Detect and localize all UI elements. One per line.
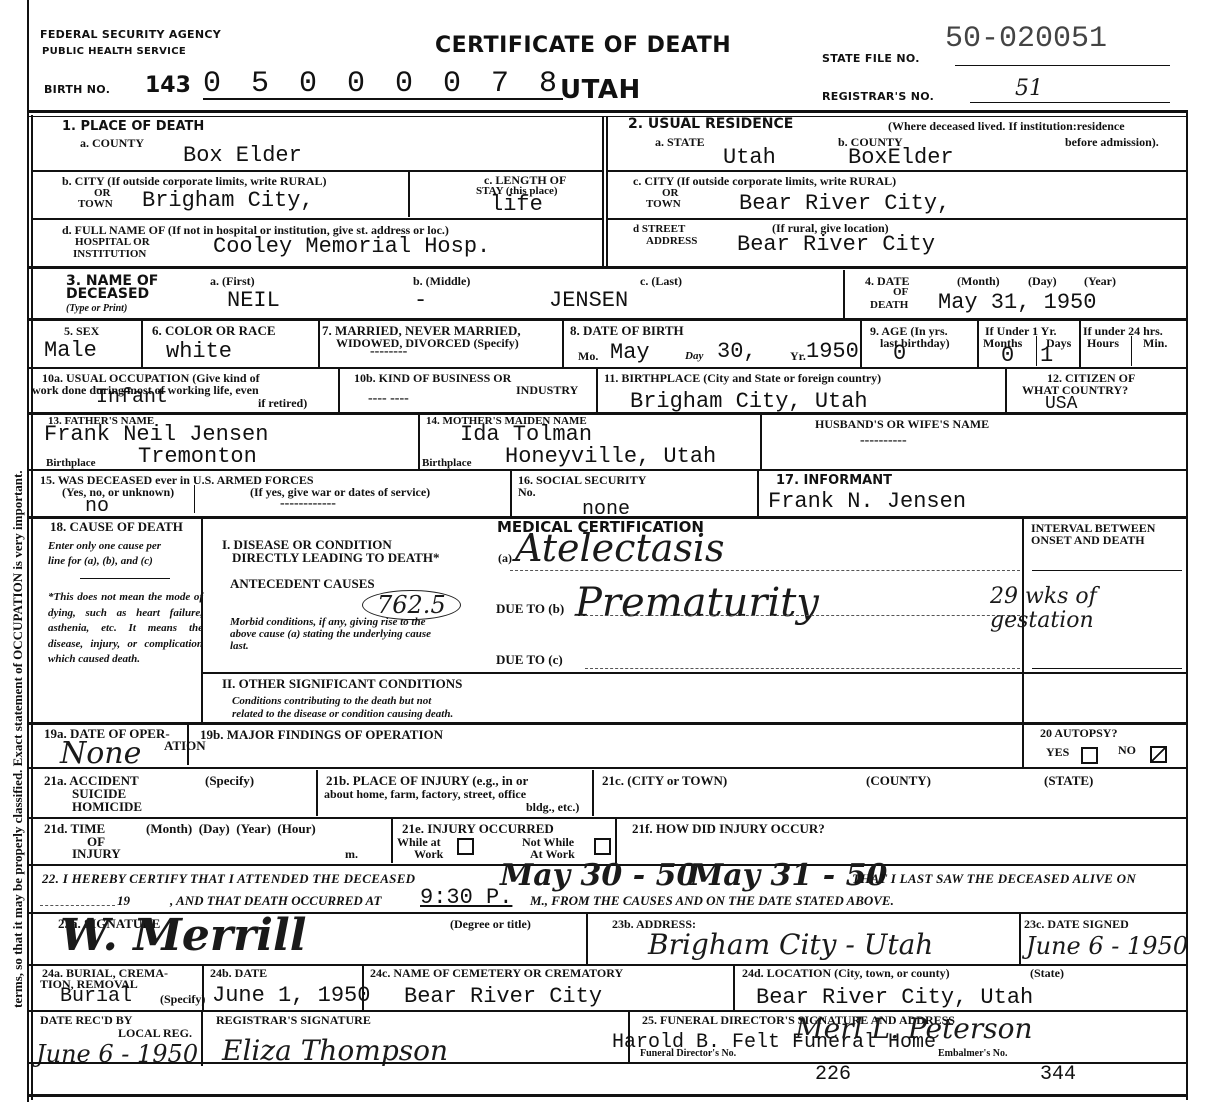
dob-day-label: Day	[685, 350, 703, 363]
divider	[316, 770, 318, 816]
not-at-work-checkbox[interactable]	[594, 838, 611, 855]
divider	[338, 368, 340, 412]
injury-city-label: 21c. (CITY or TOWN)	[602, 775, 727, 787]
state-file-underline	[955, 65, 1170, 66]
pod-county-label: a. COUNTY	[80, 137, 144, 149]
dod-day-label: (Day)	[1028, 275, 1057, 287]
residence-street-label-1: d STREET	[633, 224, 685, 235]
mother-birthplace-value: Honeyville, Utah	[505, 446, 716, 468]
due-to-c-label: DUE TO (c)	[496, 654, 563, 666]
divider	[1032, 570, 1182, 571]
interval-b-value: 29 wks of gestation	[990, 585, 1190, 633]
residence-city-label: c. CITY (If outside corporate limits, wr…	[633, 175, 896, 187]
cemetery-label: 24c. NAME OF CEMETERY OR CREMATORY	[370, 967, 623, 979]
line-a-rule	[510, 570, 1020, 571]
location-state-label: (State)	[1030, 967, 1064, 979]
left-border-inner	[31, 115, 33, 1100]
dob-year-value: 1950	[806, 341, 859, 363]
embalmer-no-label: Embalmer's No.	[938, 1048, 1007, 1060]
bottom-border	[28, 1094, 1188, 1097]
pod-city-label: b. CITY (If outside corporate limits, wr…	[62, 175, 327, 187]
place-injury-label-2: about home, farm, factory, street, offic…	[324, 788, 526, 800]
mother-value: Ida Tolman	[460, 424, 592, 446]
divider	[28, 722, 1188, 725]
divider	[28, 367, 1188, 369]
interval-label-2: ONSET AND DEATH	[1031, 534, 1145, 546]
injury-state-label: (STATE)	[1044, 775, 1093, 787]
divider	[201, 1012, 203, 1066]
injury-occurred-label: 21e. INJURY OCCURRED	[402, 823, 554, 835]
hospital-value: Cooley Memorial Hosp.	[213, 236, 490, 258]
place-injury-label-1: 21b. PLACE OF INJURY (e.g., in or	[326, 775, 528, 787]
cause-instructions-1: Enter only one cause per	[48, 540, 161, 553]
funeral-director-signature: Merl L. Peterson	[795, 1012, 1033, 1045]
hospital-label-2: HOSPITAL OR	[75, 237, 150, 248]
divider	[592, 770, 594, 816]
burial-date-value: June 1, 1950	[212, 985, 370, 1007]
margin-instruction: terms, so that it may be properly classi…	[10, 388, 26, 1008]
divider	[28, 469, 1188, 471]
how-injury-label: 21f. HOW DID INJURY OCCUR?	[632, 823, 825, 835]
divider	[32, 170, 602, 172]
father-birthplace-value: Tremonton	[138, 446, 257, 468]
first-name-value: NEIL	[227, 290, 280, 312]
certify-text-1: 22. I HEREBY CERTIFY THAT I ATTENDED THE…	[42, 872, 415, 885]
war-service-label: (If yes, give war or dates of service)	[250, 486, 430, 498]
autopsy-label: 20 AUTOPSY?	[1040, 727, 1117, 739]
race-value: white	[166, 341, 232, 363]
first-name-label: a. (First)	[210, 275, 255, 287]
divider	[1022, 725, 1024, 767]
line-b-rule	[575, 615, 1020, 616]
registrar-no-underline	[970, 102, 1170, 103]
line-a-value: Atelectasis	[515, 526, 725, 570]
divider	[194, 485, 195, 513]
degree-label: (Degree or title)	[450, 918, 531, 930]
divider	[1019, 914, 1021, 964]
embalmer-no-value: 344	[1040, 1064, 1076, 1086]
cemetery-value: Bear River City	[404, 986, 602, 1008]
line-b-value: Prematurity	[575, 580, 819, 626]
marital-label-2: WIDOWED, DIVORCED (Specify)	[336, 337, 519, 349]
pod-city-value: Brigham City,	[142, 190, 314, 212]
certify-text-5: M., FROM THE CAUSES AND ON THE DATE STAT…	[530, 894, 894, 907]
location-value: Bear River City, Utah	[756, 987, 1033, 1009]
occupation-label-3: if retired)	[258, 397, 307, 409]
disease-label-2: DIRECTLY LEADING TO DEATH*	[232, 552, 439, 564]
injury-county-label: (COUNTY)	[866, 775, 931, 787]
informant-value: Frank N. Jensen	[768, 491, 966, 513]
divider	[510, 471, 512, 516]
name-label-3: (Type or Print)	[66, 302, 127, 315]
document-title: CERTIFICATE OF DEATH	[435, 33, 731, 58]
burial-type-specify: (Specify)	[160, 993, 205, 1005]
last-name-label: c. (Last)	[640, 275, 682, 287]
divider	[607, 170, 1186, 172]
days-value: 1	[1040, 345, 1053, 367]
divider	[362, 966, 364, 1010]
time-injury-columns: (Month) (Day) (Year) (Hour)	[146, 823, 316, 835]
registrar-no-label: REGISTRAR'S NO.	[822, 90, 934, 103]
divider	[203, 672, 1186, 674]
divider	[860, 321, 862, 367]
divider	[391, 819, 393, 863]
certify-date-rule	[40, 905, 115, 906]
antecedent-label: ANTECEDENT CAUSES	[230, 578, 375, 590]
residence-note-1: (Where deceased lived. If institution:re…	[888, 120, 1125, 132]
other-conditions-note-2: related to the disease or condition caus…	[232, 708, 453, 721]
place-of-death-label: 1. PLACE OF DEATH	[62, 120, 204, 133]
dod-label-2: OF	[893, 287, 908, 298]
morbid-note: Morbid conditions, if any, giving rise t…	[230, 616, 445, 652]
burial-type-value: Burial	[60, 986, 132, 1008]
residence-state-label: a. STATE	[655, 136, 705, 148]
middle-name-value: -	[414, 290, 427, 312]
residence-street-label-2: ADDRESS	[646, 236, 697, 247]
months-value: 0	[1001, 345, 1014, 367]
cause-instructions-2: line for (a), (b), and (c)	[48, 555, 153, 568]
autopsy-no-checkbox[interactable]	[1150, 746, 1167, 763]
divider	[28, 1062, 1188, 1064]
divider	[418, 414, 420, 469]
divider	[80, 578, 170, 579]
birthplace-value: Brigham City, Utah	[630, 391, 868, 413]
section-divider	[606, 117, 608, 267]
divider	[202, 966, 204, 1010]
dob-year-label: Yr.	[790, 350, 806, 362]
birth-no-value: 0 5 0 0 0 0 7 8	[203, 70, 563, 100]
header-divider	[28, 110, 1188, 113]
other-conditions-label: II. OTHER SIGNIFICANT CONDITIONS	[222, 678, 462, 690]
last-name-value: JENSEN	[549, 290, 628, 312]
divider	[408, 171, 410, 217]
divider	[28, 412, 1188, 415]
autopsy-yes-label: YES	[1046, 746, 1069, 758]
certify-text-4: , AND THAT DEATH OCCURRED AT	[170, 894, 381, 907]
residence-county-value: BoxElder	[848, 147, 954, 169]
mother-birthplace-label: Birthplace	[422, 458, 472, 469]
time-injury-label-3: INJURY	[72, 848, 121, 860]
age-label-2: last birthday)	[880, 337, 950, 349]
while-work-label-2: Work	[414, 848, 443, 860]
due-to-b-label: DUE TO (b)	[496, 603, 564, 615]
divider	[757, 471, 759, 516]
line-c-rule	[585, 668, 1020, 669]
stay-value: life	[490, 194, 543, 216]
divider	[28, 266, 1188, 269]
ssn-label-2: No.	[518, 486, 536, 498]
location-label: 24d. LOCATION (City, town, or county)	[742, 967, 950, 979]
time-injury-m-label: m.	[345, 848, 358, 860]
hours-label: Hours	[1087, 337, 1119, 349]
date-signed-label: 23c. DATE SIGNED	[1024, 918, 1129, 930]
divider	[201, 518, 203, 722]
business-value: ---- ----	[368, 393, 409, 405]
race-label: 6. COLOR OR RACE	[152, 325, 276, 337]
business-label-2: INDUSTRY	[516, 384, 578, 396]
attended-from-value: May 30 - 50	[500, 858, 697, 893]
armed-forces-value: no	[85, 496, 109, 518]
business-label-1: 10b. KIND OF BUSINESS OR	[354, 372, 511, 384]
residence-street-value: Bear River City	[737, 234, 935, 256]
marital-value: --------	[370, 346, 407, 358]
autopsy-no-label: NO	[1118, 744, 1136, 756]
sex-value: Male	[44, 340, 97, 362]
while-at-work-checkbox[interactable]	[457, 838, 474, 855]
accident-specify: (Specify)	[205, 775, 254, 787]
divider	[596, 368, 598, 412]
divider	[733, 966, 735, 1010]
dob-day-value: 30,	[717, 341, 757, 363]
findings-label: 19b. MAJOR FINDINGS OF OPERATION	[200, 729, 443, 741]
residence-state-value: Utah	[723, 147, 776, 169]
birth-no-label: BIRTH NO.	[44, 83, 110, 96]
director-no-label: Funeral Director's No.	[640, 1048, 736, 1060]
pod-county-value: Box Elder	[183, 145, 302, 167]
name-label-2: DECEASED	[66, 288, 149, 301]
middle-name-label: b. (Middle)	[413, 275, 470, 287]
informant-label: 17. INFORMANT	[776, 474, 892, 487]
divider	[28, 318, 1188, 321]
divider	[562, 321, 564, 367]
certify-text-2: THAT I LAST SAW THE DECEASED ALIVE ON	[852, 872, 1136, 885]
birthplace-label: 11. BIRTHPLACE (City and State or foreig…	[604, 372, 881, 384]
state-file-value: 50-020051	[945, 22, 1107, 56]
director-no-value: 226	[815, 1064, 851, 1086]
divider	[28, 817, 1188, 819]
state-file-label: STATE FILE NO.	[822, 52, 920, 65]
state-name: UTAH	[560, 75, 641, 105]
divider	[187, 725, 189, 765]
usual-residence-label: 2. USUAL RESIDENCE	[628, 118, 793, 131]
death-time-value: 9:30 P.	[420, 887, 512, 909]
line-a-label: (a)	[498, 552, 512, 564]
father-value: Frank Neil Jensen	[44, 424, 268, 446]
residence-city-value: Bear River City,	[739, 193, 950, 215]
burial-date-label: 24b. DATE	[210, 967, 267, 979]
divider	[843, 270, 845, 318]
date-signed-value: June 6 - 1950	[1026, 932, 1188, 960]
date-received-label-2: LOCAL REG.	[118, 1027, 192, 1039]
accident-label-3: HOMICIDE	[72, 801, 142, 813]
dod-value: May 31, 1950	[938, 292, 1096, 314]
residence-city-town: TOWN	[646, 199, 681, 210]
section-divider	[602, 117, 604, 267]
divider	[1131, 336, 1132, 366]
agency-name: FEDERAL SECURITY AGENCY	[40, 28, 221, 41]
physician-address: Brigham City - Utah	[648, 928, 933, 961]
spouse-label: HUSBAND'S OR WIFE'S NAME	[815, 418, 989, 430]
hospital-label-3: INSTITUTION	[73, 249, 146, 260]
operation-date-value: None	[60, 736, 141, 771]
minutes-label: Min.	[1143, 337, 1167, 349]
dod-month-label: (Month)	[957, 275, 1000, 287]
dob-label: 8. DATE OF BIRTH	[570, 325, 684, 337]
divider	[977, 321, 979, 367]
father-birthplace-label: Birthplace	[46, 458, 96, 469]
occupation-value: Infant	[96, 387, 168, 409]
registrar-no-value: 51	[1015, 76, 1043, 101]
divider	[607, 218, 1186, 220]
cause-note: *This does not mean the mode of dying, s…	[48, 590, 203, 668]
sex-label: 5. SEX	[64, 325, 99, 337]
residence-note-2: before admission).	[1065, 136, 1159, 148]
divider	[586, 914, 588, 964]
divider	[1005, 368, 1007, 412]
divider	[615, 819, 617, 863]
dod-label-3: DEATH	[870, 300, 908, 311]
spouse-value: ----------	[860, 435, 907, 447]
war-service-value: ------------	[280, 498, 336, 510]
certify-text-3: 19	[117, 894, 130, 907]
dob-month-label: Mo.	[578, 350, 598, 362]
place-injury-label-3: bldg., etc.)	[526, 801, 579, 813]
divider	[318, 321, 320, 367]
registrar-signature-label: REGISTRAR'S SIGNATURE	[216, 1014, 371, 1026]
divider	[1079, 321, 1081, 367]
cause-label: 18. CAUSE OF DEATH	[50, 521, 183, 533]
left-border	[27, 0, 29, 1102]
dob-month-value: May	[610, 342, 650, 364]
divider	[760, 414, 762, 469]
service-name: PUBLIC HEALTH SERVICE	[42, 46, 186, 57]
divider	[28, 767, 1188, 769]
divider	[1032, 668, 1182, 669]
birth-no-prefix: 143	[145, 73, 191, 98]
date-received-label-1: DATE REC'D BY	[40, 1014, 132, 1026]
divider	[141, 321, 143, 367]
other-conditions-note-1: Conditions contributing to the death but…	[232, 695, 431, 708]
age-value: 0	[893, 343, 906, 365]
dod-year-label: (Year)	[1084, 275, 1116, 287]
armed-forces-label-2: (Yes, no, or unknown)	[62, 486, 174, 498]
divider	[32, 218, 602, 220]
header-divider-2	[28, 116, 1188, 117]
autopsy-yes-checkbox[interactable]	[1081, 747, 1098, 764]
pod-city-town: TOWN	[78, 199, 113, 210]
ssn-label-1: 16. SOCIAL SECURITY	[518, 474, 646, 486]
physician-signature: W. Merrill	[60, 910, 306, 961]
divider	[1036, 336, 1037, 366]
